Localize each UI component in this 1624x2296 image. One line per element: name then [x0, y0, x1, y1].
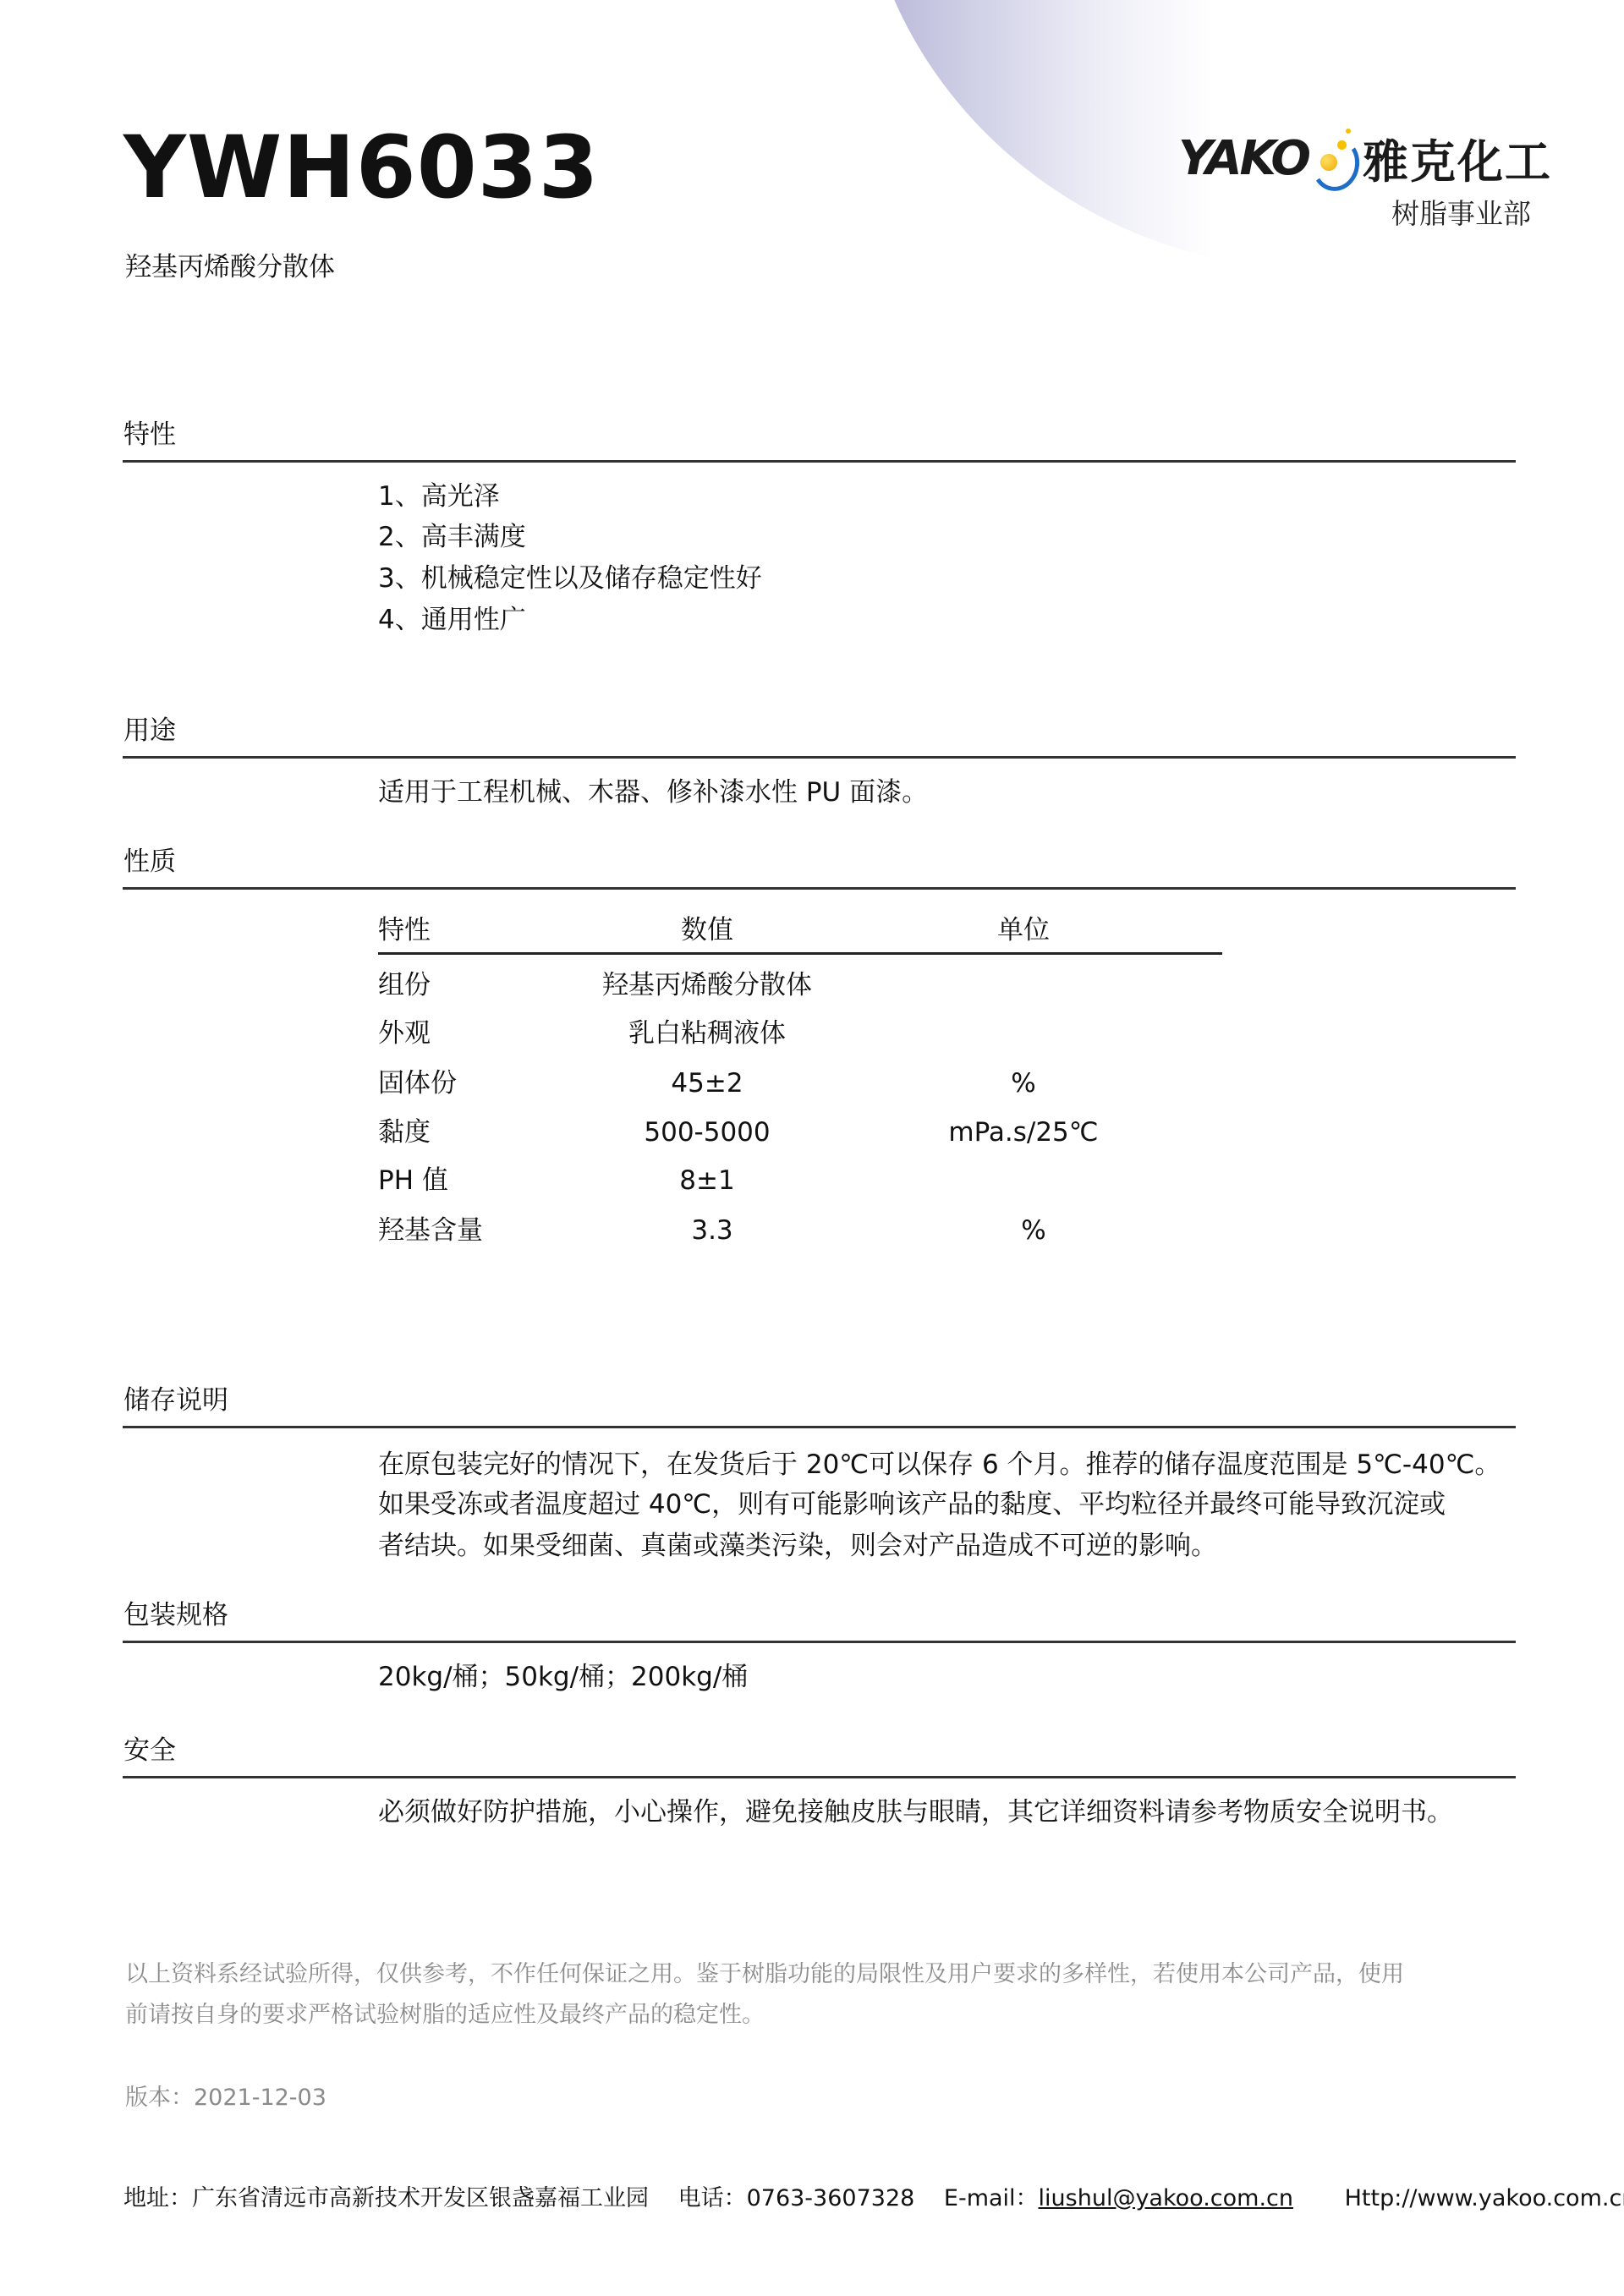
- address-text: 地址：广东省清远市高新技术开发区银盏嘉福工业园: [123, 2185, 649, 2211]
- section-divider: [123, 756, 1516, 759]
- table-cell: 羟基含量: [378, 1218, 483, 1244]
- version-label: 版本：2021-12-03: [125, 2086, 326, 2109]
- feature-item: 1、高光泽: [378, 484, 500, 510]
- section-divider: [123, 1426, 1516, 1428]
- usage-text: 适用于工程机械、木器、修补漆水性 PU 面漆。: [378, 780, 928, 806]
- product-code-title: YWH6033: [123, 125, 600, 211]
- logo-orbit-icon: [1310, 129, 1358, 188]
- disclaimer-line: 以上资料系经试验所得，仅供参考，不作任何保证之用。鉴于树脂功能的局限性及用户要求…: [125, 1963, 1404, 1986]
- website-link[interactable]: Http://www.yakoo.com.cn: [1345, 2185, 1624, 2211]
- table-cell: 黏度: [378, 1120, 431, 1146]
- phone-text: 电话：0763-3607328: [678, 2185, 915, 2211]
- table-cell: 羟基丙烯酸分散体: [602, 973, 812, 999]
- feature-item: 2、高丰满度: [378, 524, 526, 551]
- feature-item: 3、机械稳定性以及储存稳定性好: [378, 566, 762, 592]
- table-cell: %: [1021, 1218, 1045, 1244]
- table-cell: 3.3: [691, 1218, 732, 1244]
- section-title-storage: 储存说明: [123, 1388, 228, 1414]
- table-cell: 500-5000: [644, 1120, 770, 1146]
- division-name: 树脂事业部: [1391, 200, 1531, 227]
- section-divider: [123, 1641, 1516, 1643]
- product-name-subtitle: 羟基丙烯酸分散体: [125, 255, 335, 281]
- table-cell: mPa.s/25℃: [948, 1120, 1098, 1146]
- table-cell: 固体份: [378, 1071, 457, 1097]
- packaging-text: 20kg/桶；50kg/桶；200kg/桶: [378, 1664, 748, 1690]
- section-title-properties: 性质: [123, 849, 176, 875]
- email-link[interactable]: liushul@yakoo.com.cn: [1039, 2185, 1293, 2211]
- section-title-safety: 安全: [123, 1738, 176, 1764]
- logo-text-en: YAKO: [1178, 131, 1309, 186]
- email-label: E-mail：: [944, 2185, 1039, 2211]
- table-header-unit: 单位: [997, 918, 1050, 944]
- section-title-usage: 用途: [123, 718, 176, 744]
- company-logo: YAKO 雅克化工: [1178, 129, 1552, 188]
- storage-text-line: 在原包装完好的情况下，在发货后于 20℃可以保存 6 个月。推荐的储存温度范围是…: [378, 1452, 1501, 1478]
- section-title-packaging: 包装规格: [123, 1603, 228, 1629]
- storage-text-line: 者结块。如果受细菌、真菌或藻类污染，则会对产品造成不可逆的影响。: [378, 1533, 1217, 1559]
- table-cell: 组份: [378, 973, 431, 999]
- table-cell: 乳白粘稠液体: [628, 1021, 786, 1047]
- feature-item: 4、通用性广: [378, 607, 526, 633]
- table-header-value: 数值: [681, 918, 733, 944]
- table-cell: %: [1011, 1071, 1035, 1097]
- section-divider: [123, 460, 1516, 463]
- section-divider: [123, 1776, 1516, 1778]
- table-header-property: 特性: [378, 918, 431, 944]
- table-cell: 8±1: [679, 1168, 734, 1194]
- disclaimer-line: 前请按自身的要求严格试验树脂的适应性及最终产品的稳定性。: [125, 2003, 765, 2026]
- section-divider: [123, 887, 1516, 890]
- table-cell: 外观: [378, 1021, 431, 1047]
- safety-text: 必须做好防护措施，小心操作，避免接触皮肤与眼睛，其它详细资料请参考物质安全说明书…: [378, 1800, 1453, 1826]
- table-cell: 45±2: [671, 1071, 743, 1097]
- section-title-features: 特性: [123, 422, 176, 448]
- table-header-divider: [378, 952, 1222, 955]
- storage-text-line: 如果受冻或者温度超过 40℃，则有可能影响该产品的黏度、平均粒径并最终可能导致沉…: [378, 1492, 1446, 1518]
- table-cell: PH 值: [378, 1168, 448, 1194]
- contact-bar: 地址：广东省清远市高新技术开发区银盏嘉福工业园 电话：0763-3607328 …: [123, 2187, 1624, 2210]
- logo-text-cn: 雅克化工: [1363, 126, 1552, 191]
